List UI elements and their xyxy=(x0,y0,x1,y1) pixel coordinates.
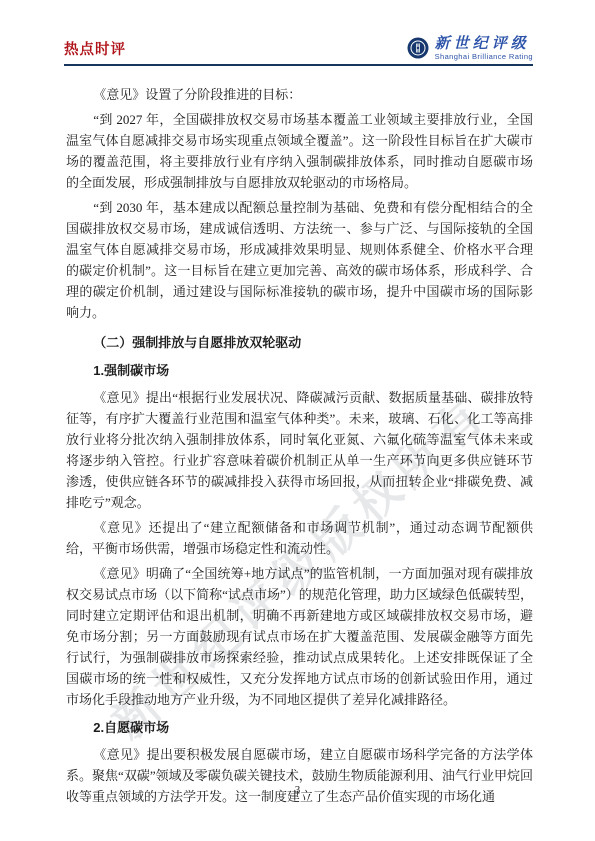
document-body: 《意见》设置了分阶段推进的目标：“到 2027 年，全国碳排放权交易市场基本覆盖… xyxy=(66,84,533,811)
document-page: 新世纪评级版权所有 热点时评 新世纪评级 Shanghai Brilliance… xyxy=(0,0,595,841)
body-paragraph: 《意见》提出要积极发展自愿碳市场，建立自愿碳市场科学完备的方法学体系。聚焦“双碳… xyxy=(66,744,533,807)
page-footer: 3 xyxy=(0,784,595,796)
section-label: 热点时评 xyxy=(64,38,126,61)
logo-name-en: Shanghai Brilliance Rating xyxy=(435,53,533,61)
body-paragraph: 《意见》提出“根据行业发展状况、降碳减污贡献、数据质量基础、碳排放特征等，有序扩… xyxy=(66,387,533,513)
brand-logo: 新世纪评级 Shanghai Brilliance Rating xyxy=(407,36,533,61)
logo-name-cn: 新世纪评级 xyxy=(435,36,533,53)
logo-emblem-icon xyxy=(407,37,429,59)
body-paragraph: 《意见》明确了“全国统筹+地方试点”的监管机制，一方面加强对现有碳排放权交易试点… xyxy=(66,563,533,710)
page-number: 3 xyxy=(295,784,301,796)
section-heading: 2.自愿碳市场 xyxy=(66,717,533,738)
body-paragraph: 《意见》设置了分阶段推进的目标： xyxy=(66,84,533,105)
section-heading: （二）强制排放与自愿排放双轮驱动 xyxy=(66,332,533,353)
section-heading: 1.强制碳市场 xyxy=(66,360,533,381)
body-paragraph: “到 2030 年，基本建成以配额总量控制为基础、免费和有偿分配相结合的全国碳排… xyxy=(66,197,533,323)
body-paragraph: 《意见》还提出了“建立配额储备和市场调节机制”，通过动态调节配额供给，平衡市场供… xyxy=(66,517,533,559)
page-header: 热点时评 新世纪评级 Shanghai Brilliance Rating xyxy=(64,36,533,66)
body-paragraph: “到 2027 年，全国碳排放权交易市场基本覆盖工业领域主要排放行业，全国温室气… xyxy=(66,109,533,193)
logo-text: 新世纪评级 Shanghai Brilliance Rating xyxy=(435,36,533,61)
